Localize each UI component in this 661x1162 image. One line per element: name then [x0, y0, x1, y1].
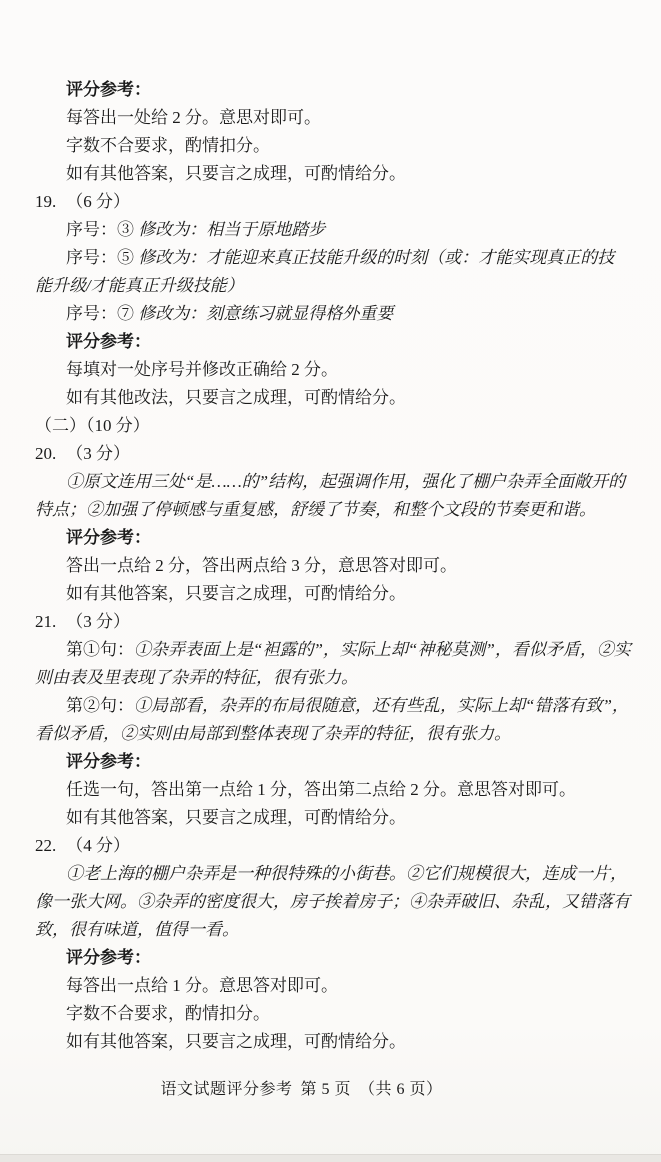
circled-number: ⑤: [117, 248, 134, 267]
answer-text: 修改为：刻意练习就显得格外重要: [138, 304, 393, 323]
question-score: （4 分）: [66, 836, 130, 855]
answer-label: 第①句：: [66, 640, 134, 659]
question-number: 21.: [35, 612, 56, 631]
footer-total-pages: （共 6 页）: [359, 1081, 443, 1098]
answer-line: 序号：⑤ 修改为：才能迎来真正技能升级的时刻（或：才能实现真正的技能升级/才能真…: [35, 244, 631, 300]
answer-paragraph: ①原文连用三处“是……的”结构，起强调作用，强化了棚户杂弄全面敞开的特点；②加强…: [35, 468, 631, 524]
question-number: 20.: [35, 444, 56, 463]
question-20-header: 20.（3 分）: [35, 440, 631, 468]
section-heading: （二）（10 分）: [35, 412, 631, 440]
exam-answer-key-page: 评分参考： 每答出一处给 2 分。意思对即可。 字数不合要求，酌情扣分。 如有其…: [0, 0, 661, 1162]
answer-paragraph: ①老上海的棚户杂弄是一种很特殊的小街巷。②它们规模很大，连成一片，像一张大网。③…: [35, 860, 631, 944]
scoring-reference-heading: 评分参考：: [66, 944, 631, 972]
scoring-line: 如有其他改法，只要言之成理，可酌情给分。: [66, 384, 631, 412]
circled-number: ③: [117, 220, 134, 239]
scoring-line: 答出一点给 2 分，答出两点给 3 分，意思答对即可。: [66, 552, 631, 580]
answer-label: 第②句：: [66, 696, 134, 715]
scoring-line: 每答出一点给 1 分。意思答对即可。: [66, 972, 631, 1000]
scoring-line: 如有其他答案，只要言之成理，可酌情给分。: [66, 160, 631, 188]
scoring-reference-heading: 评分参考：: [66, 748, 631, 776]
question-19-header: 19.（6 分）: [35, 188, 631, 216]
answer-label: 序号：: [66, 304, 117, 323]
question-number: 22.: [35, 836, 56, 855]
circled-number: ⑦: [117, 304, 134, 323]
scoring-line: 如有其他答案，只要言之成理，可酌情给分。: [66, 1028, 631, 1056]
question-score: （6 分）: [66, 192, 130, 211]
scoring-line: 任选一句，答出第一点给 1 分，答出第二点给 2 分。意思答对即可。: [66, 776, 631, 804]
footer-page-number: 第 5 页: [300, 1081, 351, 1098]
answer-label: 序号：: [66, 248, 117, 267]
scoring-line: 字数不合要求，酌情扣分。: [66, 1000, 631, 1028]
answer-label: 序号：: [66, 220, 117, 239]
answer-text: 修改为：相当于原地踏步: [138, 220, 325, 239]
scoring-reference-heading: 评分参考：: [66, 524, 631, 552]
question-22-header: 22.（4 分）: [35, 832, 631, 860]
scoring-line: 字数不合要求，酌情扣分。: [66, 132, 631, 160]
question-score: （3 分）: [66, 444, 130, 463]
scan-bottom-edge: [0, 1154, 661, 1162]
scoring-line: 如有其他答案，只要言之成理，可酌情给分。: [66, 804, 631, 832]
question-number: 19.: [35, 192, 56, 211]
question-score: （3 分）: [66, 612, 130, 631]
scoring-line: 如有其他答案，只要言之成理，可酌情给分。: [66, 580, 631, 608]
answer-line: 第①句：①杂弄表面上是“袒露的”，实际上却“神秘莫测”，看似矛盾，②实则由表及里…: [35, 636, 631, 692]
question-21-header: 21.（3 分）: [35, 608, 631, 636]
answer-line: 序号：⑦ 修改为：刻意练习就显得格外重要: [35, 300, 631, 328]
scoring-reference-heading: 评分参考：: [66, 76, 631, 104]
page-footer: 语文试题评分参考第 5 页（共 6 页）: [0, 1076, 603, 1099]
answer-line: 序号：③ 修改为：相当于原地踏步: [35, 216, 631, 244]
scoring-reference-heading: 评分参考：: [66, 328, 631, 356]
scoring-line: 每填对一处序号并修改正确给 2 分。: [66, 356, 631, 384]
page-content: 评分参考： 每答出一处给 2 分。意思对即可。 字数不合要求，酌情扣分。 如有其…: [35, 76, 631, 1056]
answer-line: 第②句：①局部看，杂弄的布局很随意，还有些乱，实际上却“错落有致”，看似矛盾，②…: [35, 692, 631, 748]
footer-doc-title: 语文试题评分参考: [160, 1081, 292, 1098]
scoring-line: 每答出一处给 2 分。意思对即可。: [66, 104, 631, 132]
